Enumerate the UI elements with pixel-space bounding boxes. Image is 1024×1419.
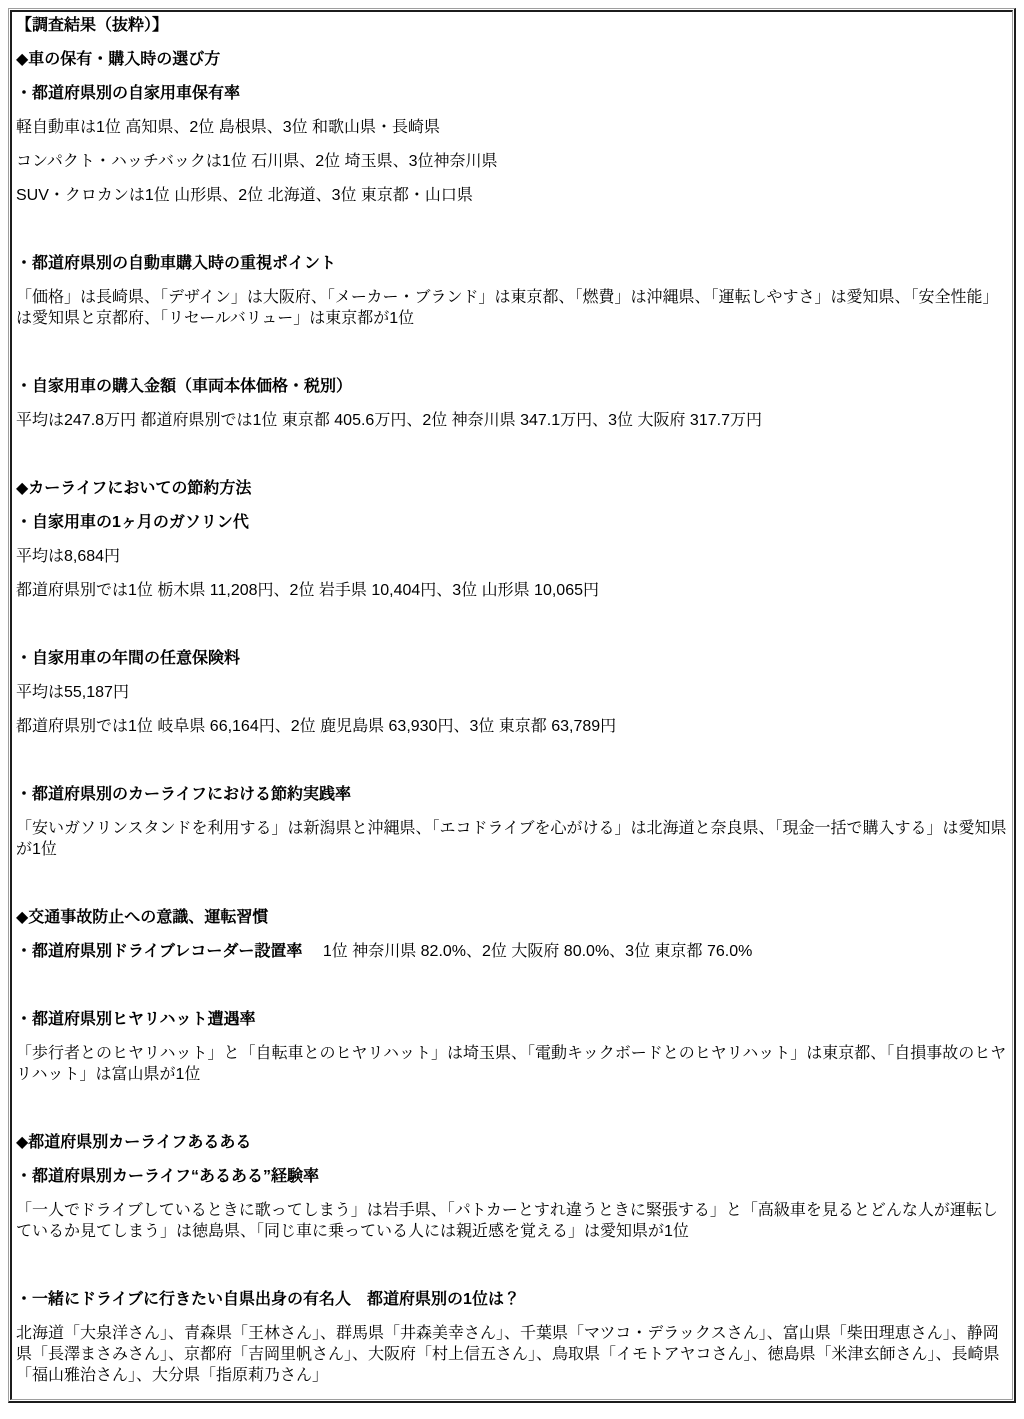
subheading-celebrity-drive: ・一緒にドライブに行きたい自県出身の有名人 都道府県別の1位は？	[16, 1289, 1008, 1310]
spacer	[16, 444, 1008, 465]
subheading-insurance-cost: ・自家用車の年間の任意保険料	[16, 648, 1008, 669]
paragraph-insurance-average: 平均は55,187円	[16, 682, 1008, 703]
drive-recorder-ranking: 1位 神奈川県 82.0%、2位 大阪府 80.0%、3位 東京都 76.0%	[323, 943, 752, 960]
paragraph-gasoline-average: 平均は8,684円	[16, 546, 1008, 567]
spacer	[16, 750, 1008, 771]
paragraph-purchase-amount-ranking: 平均は247.8万円 都道府県別では1位 東京都 405.6万円、2位 神奈川県…	[16, 410, 1008, 431]
paragraph-purchase-points-ranking: 「価格」は長崎県、「デザイン」は大阪府、「メーカー・ブランド」は東京都、「燃費」…	[16, 287, 1008, 329]
spacer	[16, 219, 1008, 240]
paragraph-suv-ranking: SUV・クロカンは1位 山形県、2位 北海道、3位 東京都・山口県	[16, 185, 1008, 206]
paragraph-compact-hatchback-ranking: コンパクト・ハッチバックは1位 石川県、2位 埼玉県、3位神奈川県	[16, 151, 1008, 172]
spacer	[16, 342, 1008, 363]
drive-recorder-separator	[302, 943, 322, 960]
subheading-saving-practice-rate: ・都道府県別のカーライフにおける節約実践率	[16, 784, 1008, 805]
survey-results-cell: 【調査結果（抜粋）】 ◆車の保有・購入時の選び方 ・都道府県別の自家用車保有率 …	[10, 10, 1013, 1400]
paragraph-gasoline-ranking: 都道府県別では1位 栃木県 11,208円、2位 岩手県 10,404円、3位 …	[16, 580, 1008, 601]
paragraph-celebrity-ranking: 北海道「大泉洋さん」、青森県「王林さん」、群馬県「井森美幸さん」、千葉県「マツコ…	[16, 1323, 1008, 1386]
spacer	[16, 873, 1008, 894]
doc-title: 【調査結果（抜粋）】	[16, 15, 1008, 36]
survey-results-table: 【調査結果（抜粋）】 ◆車の保有・購入時の選び方 ・都道府県別の自家用車保有率 …	[8, 8, 1016, 1403]
subheading-ownership-rate: ・都道府県別の自家用車保有率	[16, 83, 1008, 104]
paragraph-hiyari-hatto-ranking: 「歩行者とのヒヤリハット」と「自転車とのヒヤリハット」は埼玉県、「電動キックボー…	[16, 1043, 1008, 1085]
spacer	[16, 614, 1008, 635]
section-heading-accident-prevention: ◆交通事故防止への意識、運転習慣	[16, 907, 1008, 928]
paragraph-saving-practice-ranking: 「安いガソリンスタンドを利用する」は新潟県と沖縄県、「エコドライブを心がける」は…	[16, 818, 1008, 860]
spacer	[16, 1098, 1008, 1119]
subheading-purchase-amount: ・自家用車の購入金額（車両本体価格・税別）	[16, 376, 1008, 397]
paragraph-insurance-ranking: 都道府県別では1位 岐阜県 66,164円、2位 鹿児島県 63,930円、3位…	[16, 716, 1008, 737]
spacer	[16, 1255, 1008, 1276]
paragraph-kei-car-ranking: 軽自動車は1位 高知県、2位 島根県、3位 和歌山県・長崎県	[16, 117, 1008, 138]
section-heading-carlife-aruaru: ◆都道府県別カーライフあるある	[16, 1132, 1008, 1153]
paragraph-drive-recorder: ・都道府県別ドライブレコーダー設置率 1位 神奈川県 82.0%、2位 大阪府 …	[16, 941, 1008, 962]
section-heading-car-ownership: ◆車の保有・購入時の選び方	[16, 49, 1008, 70]
subheading-gasoline-cost: ・自家用車の1ヶ月のガソリン代	[16, 512, 1008, 533]
subheading-aruaru-experience-rate: ・都道府県別カーライフ“あるある”経験率	[16, 1166, 1008, 1187]
section-heading-saving-methods: ◆カーライフにおいての節約方法	[16, 478, 1008, 499]
spacer	[16, 975, 1008, 996]
subheading-hiyari-hatto-rate: ・都道府県別ヒヤリハット遭遇率	[16, 1009, 1008, 1030]
subheading-drive-recorder-rate: ・都道府県別ドライブレコーダー設置率	[16, 943, 302, 960]
subheading-purchase-points: ・都道府県別の自動車購入時の重視ポイント	[16, 253, 1008, 274]
paragraph-aruaru-ranking: 「一人でドライブしているときに歌ってしまう」は岩手県、「パトカーとすれ違うときに…	[16, 1200, 1008, 1242]
